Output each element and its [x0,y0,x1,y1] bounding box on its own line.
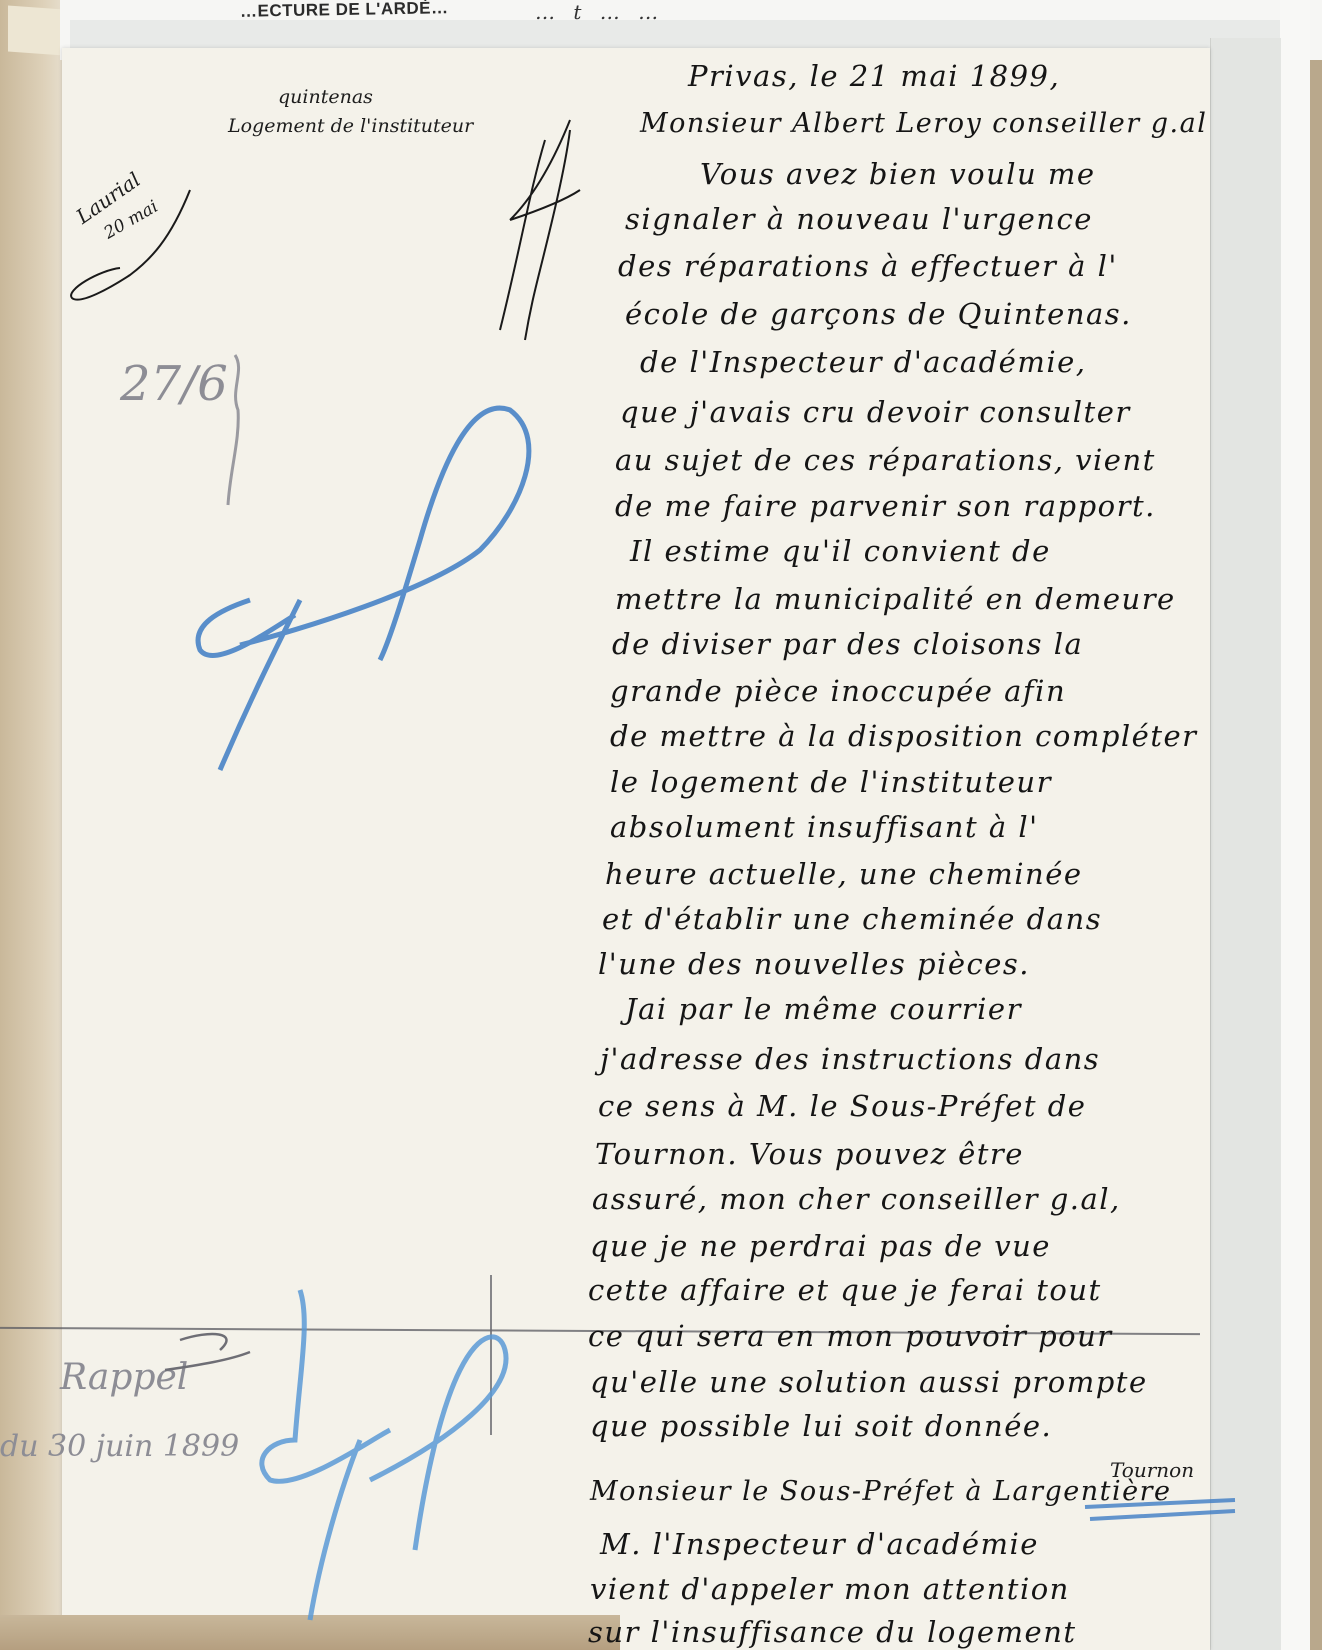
letter-line: M. l'Inspecteur d'académie [600,1530,1039,1559]
letter-line: l'une des nouvelles pièces. [598,950,1030,979]
letter-line: ce qui sera en mon pouvoir pour [588,1322,1113,1351]
letter-line: des réparations à effectuer à l' [618,252,1118,281]
letter-line: et d'établir une cheminée dans [602,905,1102,934]
letter-line: Vous avez bien voulu me [700,160,1096,189]
letter-addressee: Monsieur Albert Leroy conseiller g.al [640,110,1207,137]
rappel-date: du 30 juin 1899 [0,1432,239,1462]
blue-pencil-signature-icon [180,400,580,780]
letter-line: Jai par le même courrier [625,995,1022,1024]
paraph-flourish-icon [60,170,230,310]
letter-line: qu'elle une solution aussi prompte [590,1368,1148,1397]
letter-line: le logement de l'instituteur [610,768,1052,797]
letter-line: que possible lui soit donnée. [590,1412,1052,1441]
letter-line: assuré, mon cher conseiller g.al, [592,1185,1121,1214]
outer-sheet-edge [1280,0,1310,1650]
letter-line: de diviser par des cloisons la [612,630,1083,659]
rappel-underline-icon [160,1320,260,1380]
letter-line: Tournon. Vous pouvez être [595,1140,1024,1169]
letter-dateline: Privas, le 21 mai 1899, [688,62,1060,91]
folder-bottom [0,1615,620,1650]
letter-line: mettre la municipalité en demeure [615,585,1176,614]
subject-line-commune: quintenas [278,88,373,107]
letter-line: que j'avais cru devoir consulter [620,398,1131,427]
letter-line: Il estime qu'il convient de [630,537,1051,566]
letter-line: heure actuelle, une cheminée [605,860,1083,889]
letter-line: au sujet de ces réparations, vient [615,446,1156,475]
letter-line: sur l'insuffisance du logement [588,1618,1077,1647]
letter-line: j'adresse des instructions dans [600,1045,1100,1074]
letter-line: ce sens à M. le Sous-Préfet de [598,1092,1086,1121]
letter-line struck-line: de mettre à la disposition compléter [610,722,1198,751]
ink-initials-icon [470,110,610,350]
letter-line: que je ne perdrai pas de vue [590,1232,1051,1261]
letter-line: de me faire parvenir son rapport. [615,492,1156,521]
letter-line: école de garçons de Quintenas. [625,300,1132,329]
letter-line: grande pièce inoccupée afin [610,677,1066,706]
subject-line-topic: Logement de l'instituteur [228,117,473,136]
blue-pencil-underline-icon [1080,1495,1240,1525]
blue-pencil-signature-bottom-icon [250,1290,580,1620]
sheet-right-margin [1210,38,1281,1650]
letter-line: vient d'appeler mon attention [590,1575,1070,1604]
letter-line: absolument insuffisant à l' [610,813,1039,842]
prefecture-stamp: …ECTURE DE L'ARDÈ… [240,0,449,22]
letter-line: cette affaire et que je ferai tout [588,1276,1102,1305]
letter-line: signaler à nouveau l'urgence [625,205,1093,234]
letter-line: de l'Inspecteur d'académie, [640,348,1087,377]
